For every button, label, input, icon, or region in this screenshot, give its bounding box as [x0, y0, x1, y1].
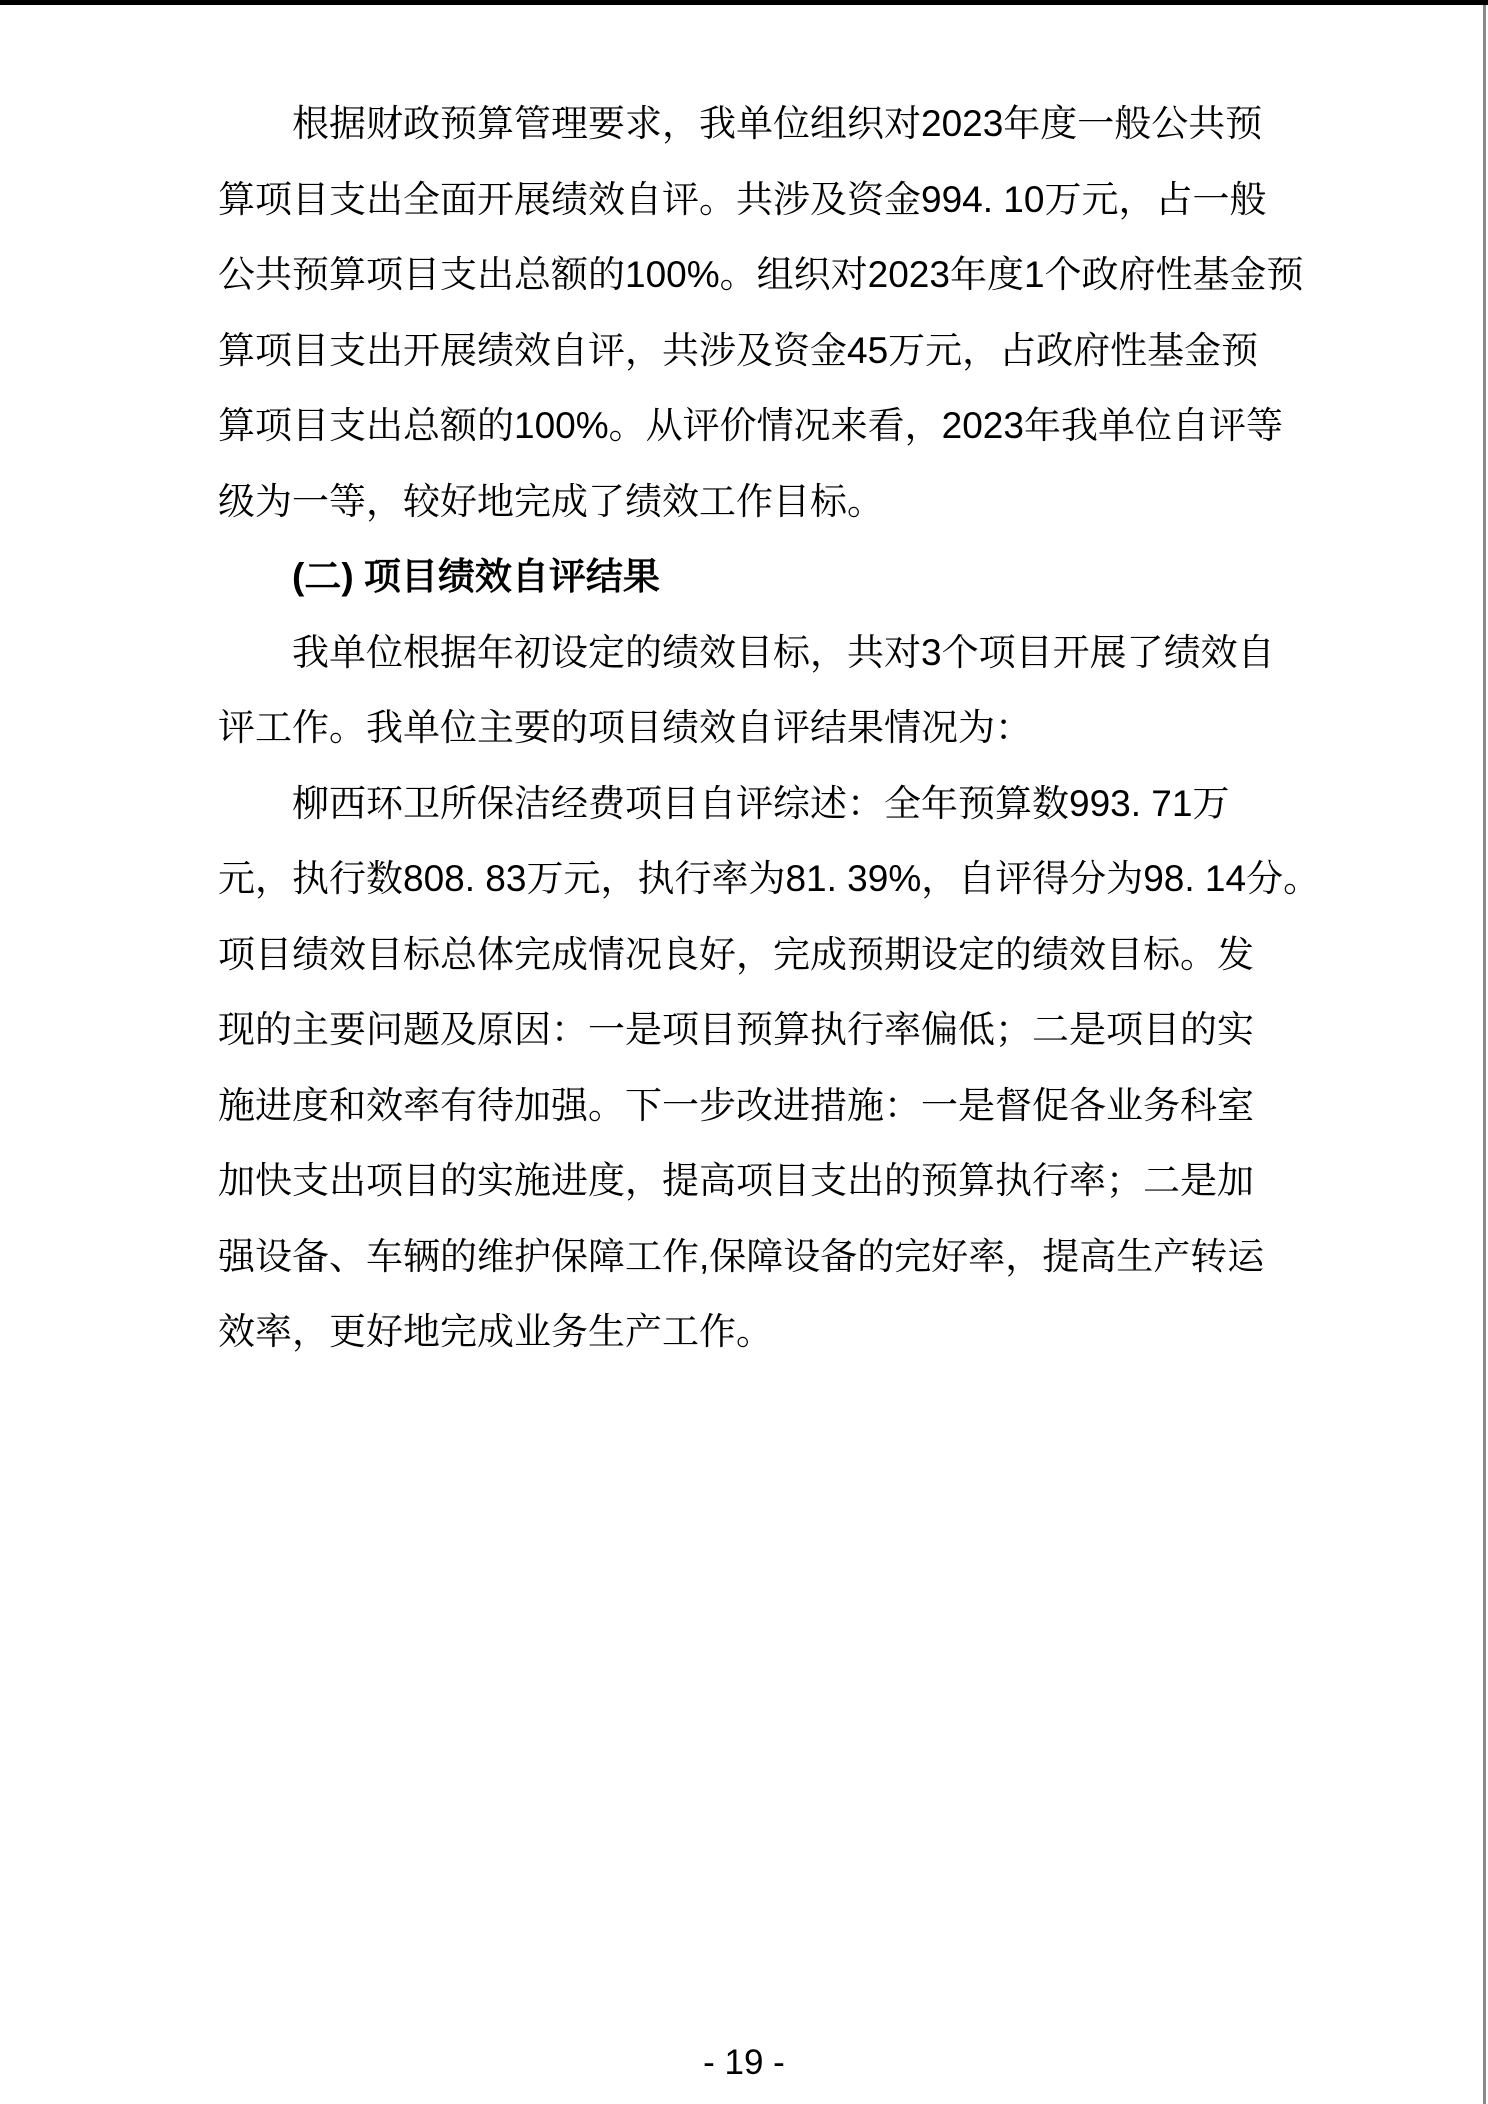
body-line: 加快支出项目的实施进度，提高项目支出的预算执行率；二是加	[218, 1143, 1298, 1219]
body-line: 级为一等，较好地完成了绩效工作目标。	[218, 464, 1298, 540]
body-line: 元，执行数808. 83万元，执行率为81. 39%，自评得分为98. 14分。	[218, 841, 1298, 917]
body-line: 强设备、车辆的维护保障工作,保障设备的完好率，提高生产转运	[218, 1219, 1298, 1295]
body-line: 算项目支出开展绩效自评，共涉及资金45万元，占政府性基金预	[218, 313, 1298, 389]
body-line: 根据财政预算管理要求，我单位组织对2023年度一般公共预	[218, 86, 1298, 162]
section-heading: (二) 项目绩效自评结果	[218, 539, 1298, 615]
body-line: 现的主要问题及原因：一是项目预算执行率偏低；二是项目的实	[218, 992, 1298, 1068]
body-line: 公共预算项目支出总额的100%。组织对2023年度1个政府性基金预	[218, 237, 1298, 313]
body-line: 算项目支出全面开展绩效自评。共涉及资金994. 10万元，占一般	[218, 162, 1298, 238]
body-line: 施进度和效率有待加强。下一步改进措施：一是督促各业务科室	[218, 1068, 1298, 1144]
document-body: 根据财政预算管理要求，我单位组织对2023年度一般公共预 算项目支出全面开展绩效…	[218, 86, 1298, 1370]
page-number: - 19 -	[0, 2038, 1488, 2088]
body-line: 算项目支出总额的100%。从评价情况来看，2023年我单位自评等	[218, 388, 1298, 464]
document-page: 根据财政预算管理要求，我单位组织对2023年度一般公共预 算项目支出全面开展绩效…	[0, 0, 1488, 2104]
top-border-line	[0, 0, 1488, 5]
body-line: 项目绩效目标总体完成情况良好，完成预期设定的绩效目标。发	[218, 917, 1298, 993]
right-edge-line	[1483, 5, 1486, 2104]
body-line: 效率，更好地完成业务生产工作。	[218, 1294, 1298, 1370]
body-line: 我单位根据年初设定的绩效目标，共对3个项目开展了绩效自	[218, 615, 1298, 691]
body-line: 柳西环卫所保洁经费项目自评综述：全年预算数993. 71万	[218, 766, 1298, 842]
body-line: 评工作。我单位主要的项目绩效自评结果情况为：	[218, 690, 1298, 766]
